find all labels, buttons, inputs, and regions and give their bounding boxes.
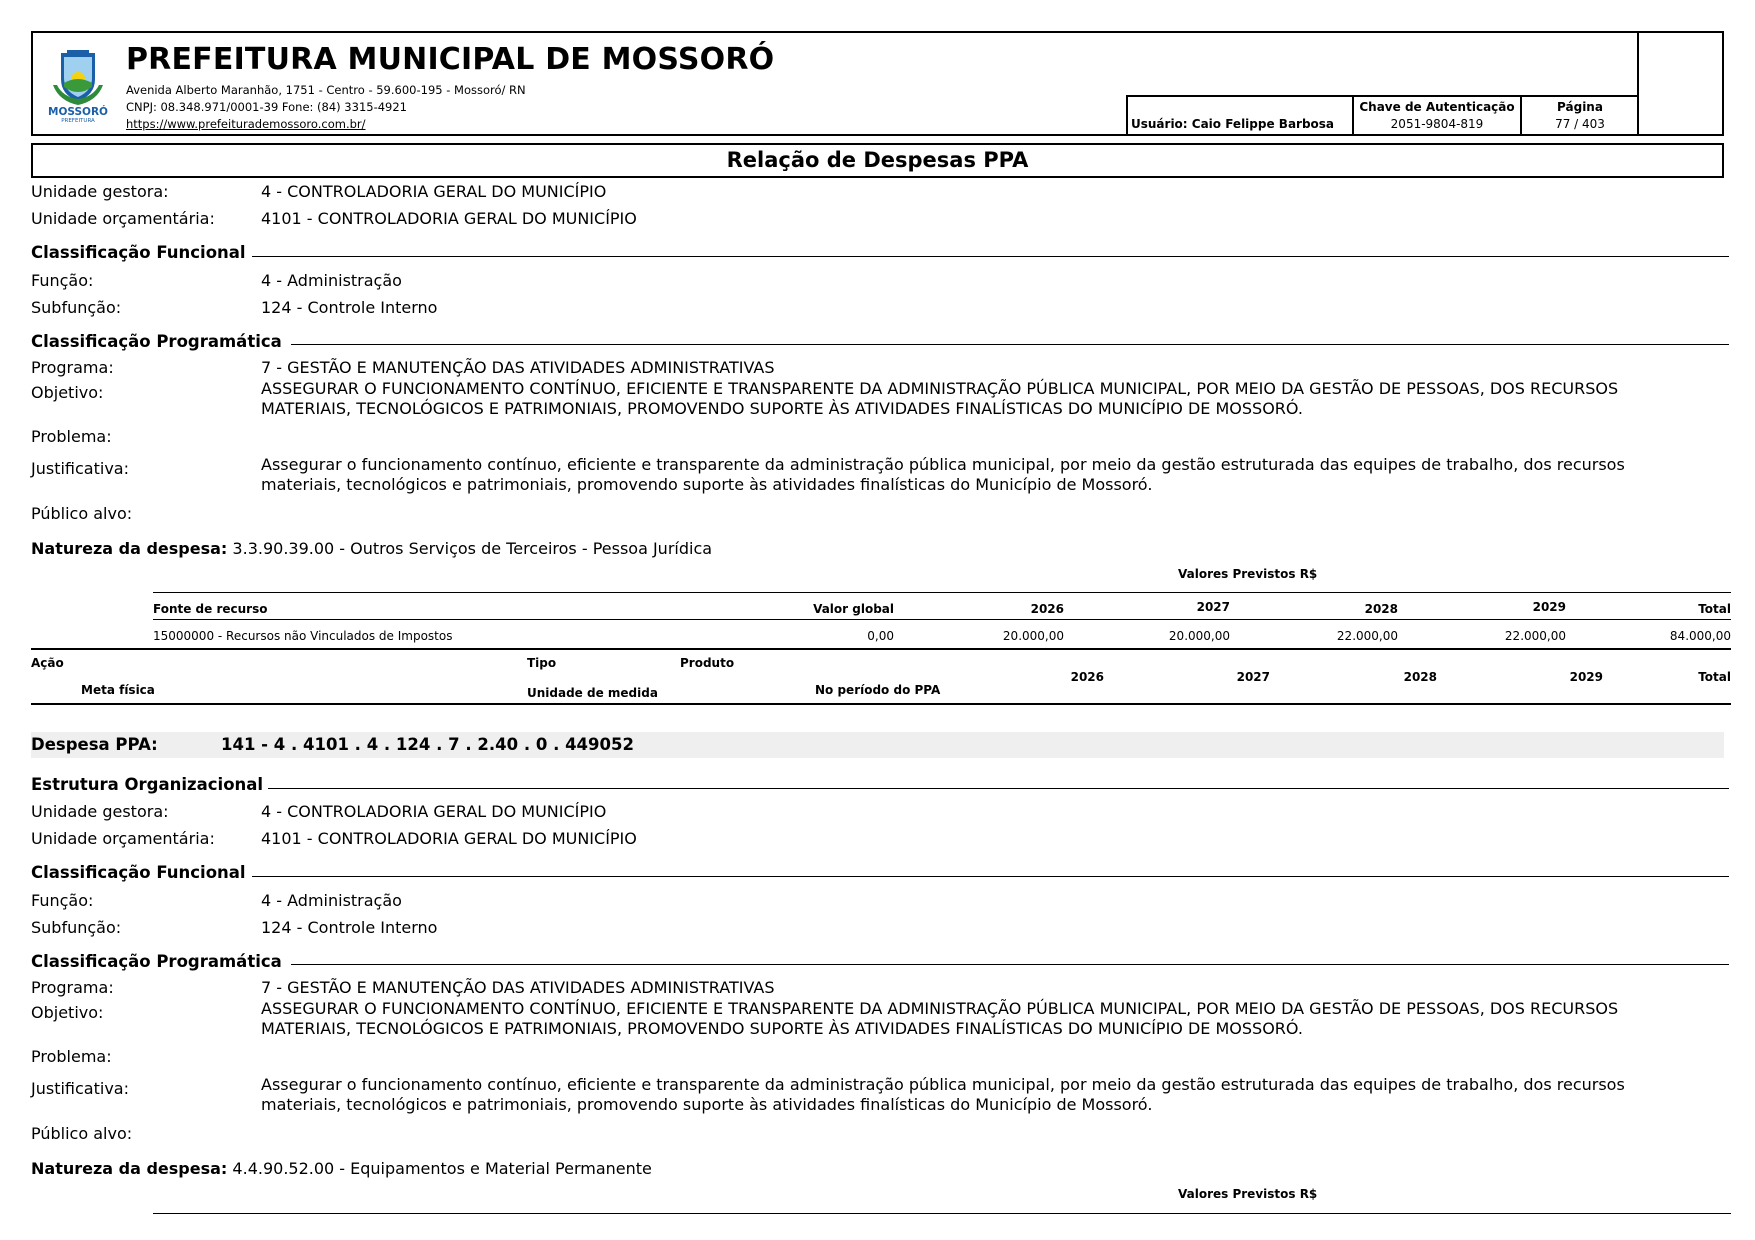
city-coat-of-arms-icon: MOSSORÓ PREFEITURA	[47, 49, 109, 123]
section-classificacao-programatica: Classificação Programática	[31, 332, 282, 351]
unidade-orcamentaria-label: Unidade orçamentária:	[31, 829, 215, 848]
cell-fonte: 15000000 - Recursos não Vinculados de Im…	[153, 629, 452, 643]
org-website-link[interactable]: https://www.prefeiturademossoro.com.br/	[126, 117, 366, 131]
unidade-gestora-label: Unidade gestora:	[31, 802, 169, 821]
col-meta-total: Total	[1620, 670, 1731, 684]
section-estrutura-organizacional: Estrutura Organizacional	[31, 775, 263, 794]
valores-previstos-header: Valores Previstos R$	[1178, 567, 1317, 581]
col-meta-2029: 2029	[1499, 670, 1603, 684]
subfuncao-label: Subfunção:	[31, 298, 121, 317]
table-rule	[31, 703, 1731, 705]
problema-label: Problema:	[31, 1047, 112, 1066]
subfuncao-value: 124 - Controle Interno	[261, 918, 437, 938]
programa-value: 7 - GESTÃO E MANUTENÇÃO DAS ATIVIDADES A…	[261, 978, 775, 998]
section-classificacao-funcional: Classificação Funcional	[31, 243, 246, 262]
table-rule	[153, 1213, 1731, 1214]
table-rule	[31, 648, 1731, 650]
justificativa-label: Justificativa:	[31, 459, 129, 478]
page-label: Página	[1522, 100, 1638, 114]
col-produto: Produto	[680, 656, 734, 670]
justificativa-label: Justificativa:	[31, 1079, 129, 1098]
col-valor-global: Valor global	[780, 602, 894, 616]
funcao-value: 4 - Administração	[261, 891, 402, 911]
unidade-orcamentaria-label: Unidade orçamentária:	[31, 209, 215, 228]
natureza-despesa-label: Natureza da despesa:	[31, 539, 227, 558]
unidade-gestora-value: 4 - CONTROLADORIA GERAL DO MUNICÍPIO	[261, 182, 606, 202]
col-tipo: Tipo	[527, 656, 556, 670]
col-2028: 2028	[1294, 602, 1398, 616]
qr-cell-divider	[1637, 33, 1639, 136]
natureza-despesa-value: 4.4.90.52.00 - Equipamentos e Material P…	[232, 1159, 651, 1178]
section-divider	[291, 964, 1729, 965]
despesa-ppa-code: 141 - 4 . 4101 . 4 . 124 . 7 . 2.40 . 0 …	[221, 735, 634, 754]
col-meta-2028: 2028	[1333, 670, 1437, 684]
svg-text:PREFEITURA: PREFEITURA	[61, 118, 95, 123]
svg-text:MOSSORÓ: MOSSORÓ	[48, 105, 108, 118]
publico-alvo-label: Público alvo:	[31, 1124, 132, 1143]
page-cell: Página 77 / 403	[1520, 95, 1638, 136]
col-periodo-ppa: No período do PPA	[815, 683, 940, 697]
justificativa-value: Assegurar o funcionamento contínuo, efic…	[261, 455, 1701, 495]
cell-2029: 22.000,00	[1462, 629, 1566, 643]
auth-key-cell: Chave de Autenticação 2051-9804-819	[1352, 95, 1520, 136]
unidade-gestora-value: 4 - CONTROLADORIA GERAL DO MUNICÍPIO	[261, 802, 606, 822]
programa-label: Programa:	[31, 978, 114, 997]
section-divider	[252, 876, 1729, 877]
objetivo-label: Objetivo:	[31, 1003, 103, 1022]
publico-alvo-label: Público alvo:	[31, 504, 132, 523]
col-2026: 2026	[960, 602, 1064, 616]
cell-2026: 20.000,00	[960, 629, 1064, 643]
col-acao: Ação	[31, 656, 64, 670]
despesa-ppa-banner: Despesa PPA: 141 - 4 . 4101 . 4 . 124 . …	[31, 732, 1724, 758]
unidade-gestora-label: Unidade gestora:	[31, 182, 169, 201]
table-rule	[153, 619, 1731, 620]
col-fonte-recurso: Fonte de recurso	[153, 602, 267, 616]
col-meta-2026: 2026	[1000, 670, 1104, 684]
org-contact: CNPJ: 08.348.971/0001-39 Fone: (84) 3315…	[126, 100, 407, 114]
problema-label: Problema:	[31, 427, 112, 446]
programa-label: Programa:	[31, 358, 114, 377]
justificativa-value: Assegurar o funcionamento contínuo, efic…	[261, 1075, 1701, 1115]
user-cell: Usuário: Caio Felippe Barbosa	[1126, 95, 1352, 136]
col-2029: 2029	[1462, 600, 1566, 614]
objetivo-value: ASSEGURAR O FUNCIONAMENTO CONTÍNUO, EFIC…	[261, 379, 1701, 419]
unidade-orcamentaria-value: 4101 - CONTROLADORIA GERAL DO MUNICÍPIO	[261, 209, 637, 229]
natureza-despesa: Natureza da despesa: 3.3.90.39.00 - Outr…	[31, 539, 712, 558]
cell-valor-global: 0,00	[780, 629, 894, 643]
report-title: Relação de Despesas PPA	[31, 143, 1724, 178]
col-meta-fisica: Meta física	[81, 683, 155, 697]
objetivo-value: ASSEGURAR O FUNCIONAMENTO CONTÍNUO, EFIC…	[261, 999, 1701, 1039]
section-classificacao-programatica: Classificação Programática	[31, 952, 282, 971]
auth-key-label: Chave de Autenticação	[1354, 100, 1520, 114]
section-divider	[268, 788, 1729, 789]
org-name: PREFEITURA MUNICIPAL DE MOSSORÓ	[126, 42, 774, 77]
col-unidade-medida: Unidade de medida	[527, 686, 658, 700]
funcao-label: Função:	[31, 891, 93, 910]
funcao-label: Função:	[31, 271, 93, 290]
report-header: MOSSORÓ PREFEITURA PREFEITURA MUNICIPAL …	[31, 31, 1724, 136]
valores-previstos-header: Valores Previstos R$	[1178, 1187, 1317, 1201]
unidade-orcamentaria-value: 4101 - CONTROLADORIA GERAL DO MUNICÍPIO	[261, 829, 637, 849]
col-2027: 2027	[1126, 600, 1230, 614]
cell-total: 84.000,00	[1620, 629, 1731, 643]
programa-value: 7 - GESTÃO E MANUTENÇÃO DAS ATIVIDADES A…	[261, 358, 775, 378]
subfuncao-label: Subfunção:	[31, 918, 121, 937]
subfuncao-value: 124 - Controle Interno	[261, 298, 437, 318]
table-rule	[153, 592, 1731, 593]
natureza-despesa-value: 3.3.90.39.00 - Outros Serviços de Tercei…	[232, 539, 712, 558]
page-number: 77 / 403	[1522, 117, 1638, 131]
auth-key-value: 2051-9804-819	[1354, 117, 1520, 131]
user-name: Usuário: Caio Felippe Barbosa	[1131, 117, 1334, 131]
section-classificacao-funcional: Classificação Funcional	[31, 863, 246, 882]
section-divider	[252, 256, 1729, 257]
col-total: Total	[1620, 602, 1731, 616]
section-divider	[291, 344, 1729, 345]
cell-2027: 20.000,00	[1126, 629, 1230, 643]
cell-2028: 22.000,00	[1294, 629, 1398, 643]
despesa-ppa-label: Despesa PPA:	[31, 735, 158, 754]
col-meta-2027: 2027	[1166, 670, 1270, 684]
org-address: Avenida Alberto Maranhão, 1751 - Centro …	[126, 83, 526, 97]
objetivo-label: Objetivo:	[31, 383, 103, 402]
natureza-despesa-label: Natureza da despesa:	[31, 1159, 227, 1178]
funcao-value: 4 - Administração	[261, 271, 402, 291]
natureza-despesa: Natureza da despesa: 4.4.90.52.00 - Equi…	[31, 1159, 652, 1178]
